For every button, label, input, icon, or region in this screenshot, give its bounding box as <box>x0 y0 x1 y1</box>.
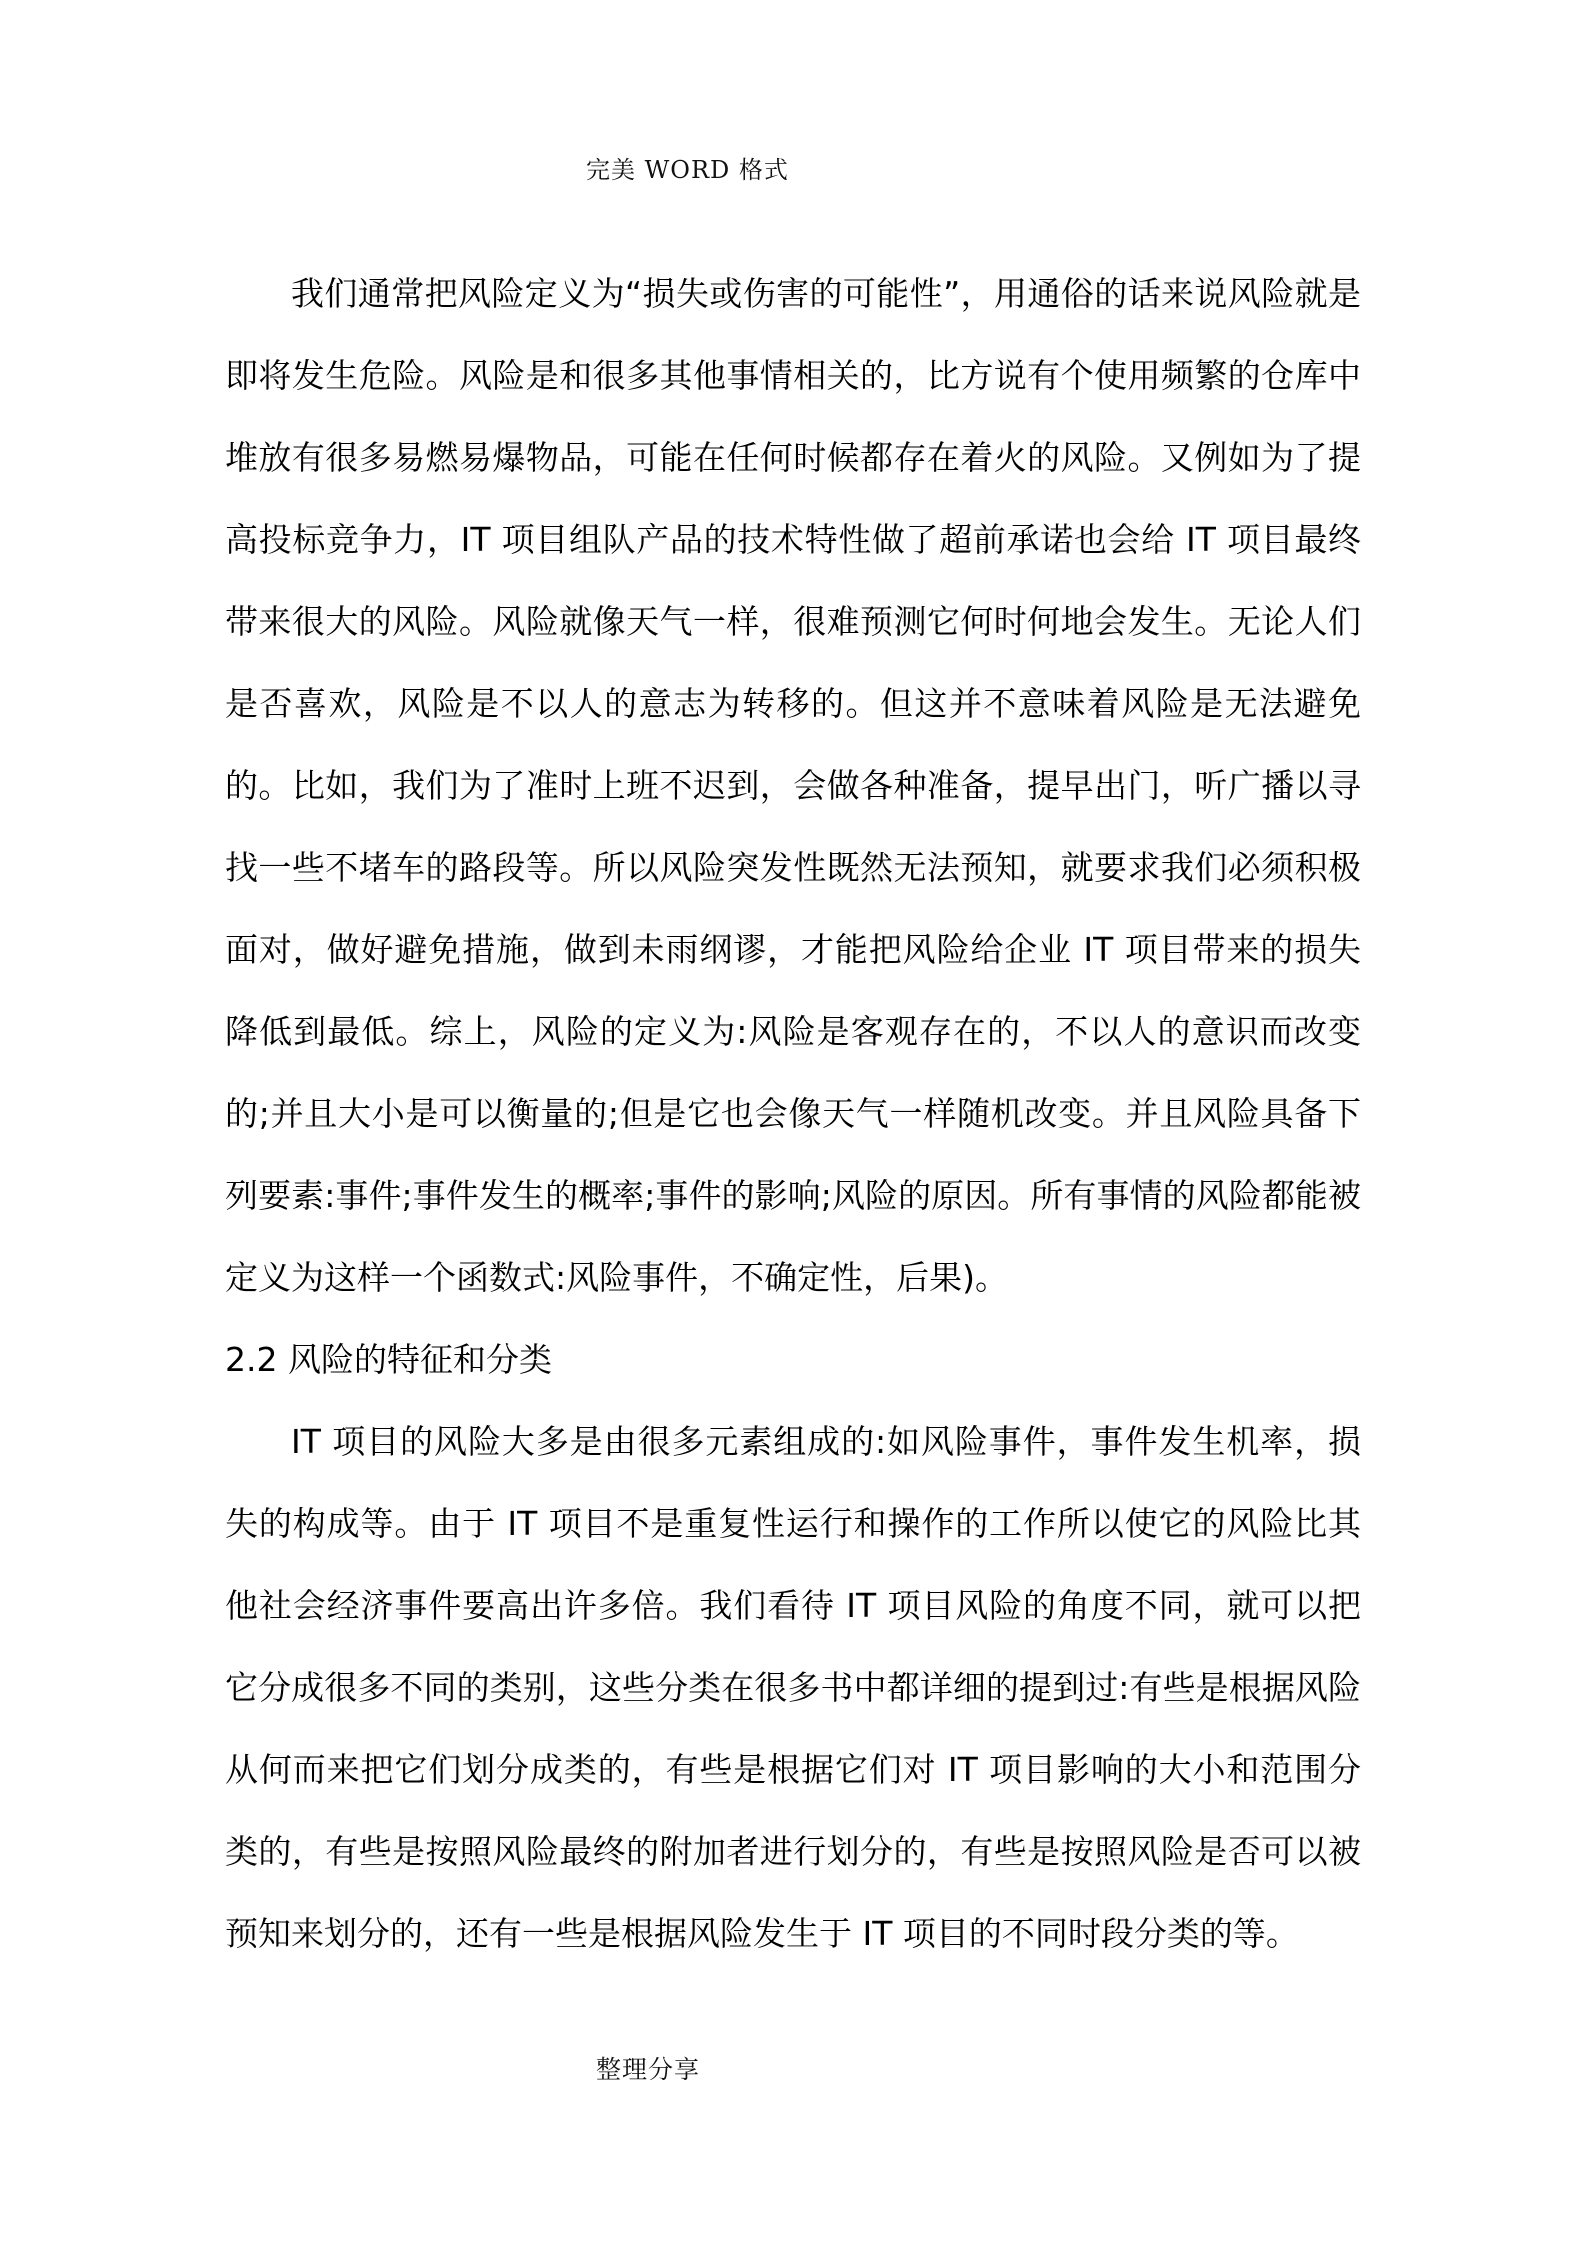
page-footer-text: 整理分享 <box>596 2050 700 2086</box>
section-heading: 2.2 风险的特征和分类 <box>225 1319 1361 1401</box>
paragraph-risk-definition: 我们通常把风险定义为“损失或伤害的可能性”，用通俗的话来说风险就是即将发生危险。… <box>225 253 1361 1319</box>
paragraph-risk-classification: IT 项目的风险大多是由很多元素组成的:如风险事件，事件发生机率，损失的构成等。… <box>225 1401 1361 1975</box>
document-page: 完美 WORD 格式 我们通常把风险定义为“损失或伤害的可能性”，用通俗的话来说… <box>0 0 1587 2245</box>
document-body: 我们通常把风险定义为“损失或伤害的可能性”，用通俗的话来说风险就是即将发生危险。… <box>225 253 1361 1975</box>
page-header-text: 完美 WORD 格式 <box>586 150 789 185</box>
